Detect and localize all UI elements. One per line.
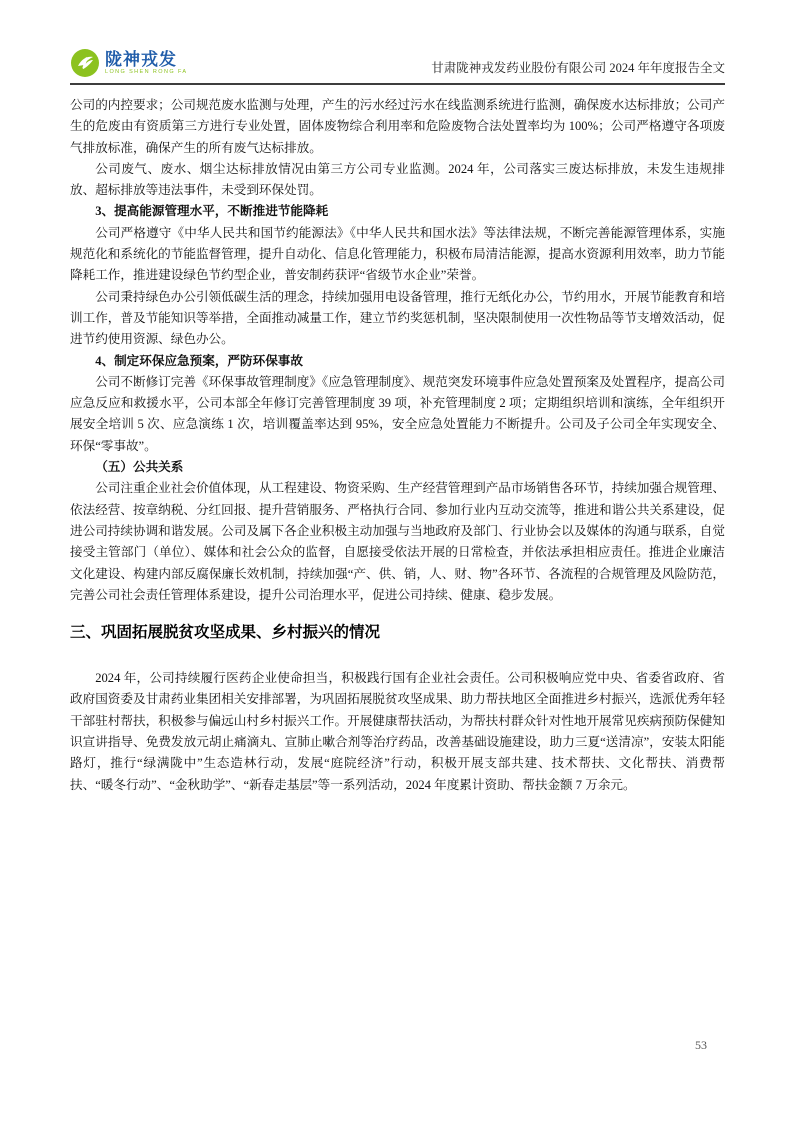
paragraph: 公司注重企业社会价值体现，从工程建设、物资采购、生产经营管理到产品市场销售各环节… [70, 478, 725, 606]
paragraph: 公司秉持绿色办公引领低碳生活的理念，持续加强用电设备管理，推行无纸化办公，节约用… [70, 287, 725, 351]
paragraph: 2024 年，公司持续履行医药企业使命担当，积极践行国有企业社会责任。公司积极响… [70, 668, 725, 796]
logo-circle-icon [70, 48, 100, 78]
page-number: 53 [695, 1038, 707, 1053]
sub-heading-emergency-plan: 4、制定环保应急预案，严防环保事故 [70, 351, 725, 372]
paragraph: 公司严格遵守《中华人民共和国节约能源法》《中华人民共和国水法》等法律法规，不断完… [70, 223, 725, 287]
company-logo: 陇神戎发 LONG SHEN RONG FA [70, 48, 187, 78]
page-header: 陇神戎发 LONG SHEN RONG FA 甘肃陇神戎发药业股份有限公司 20… [70, 48, 725, 85]
paragraph: 公司废气、废水、烟尘达标排放情况由第三方公司专业监测。2024 年，公司落实三废… [70, 159, 725, 202]
logo-brand-cn: 陇神戎发 [105, 51, 187, 68]
document-title: 甘肃陇神戎发药业股份有限公司 2024 年年度报告全文 [431, 58, 725, 78]
logo-brand-en: LONG SHEN RONG FA [105, 70, 187, 76]
paragraph: 公司的内控要求；公司规范废水监测与处理，产生的污水经过污水在线监测系统进行监测，… [70, 95, 725, 159]
document-body: 公司的内控要求；公司规范废水监测与处理，产生的污水经过污水在线监测系统进行监测，… [70, 95, 725, 796]
report-page: { "header": { "logo": { "brand_cn": "陇神戎… [0, 0, 793, 1122]
sub-heading-energy: 3、提高能源管理水平，不断推进节能降耗 [70, 201, 725, 222]
page-content: 陇神戎发 LONG SHEN RONG FA 甘肃陇神戎发药业股份有限公司 20… [70, 48, 725, 796]
sub-heading-public-relations: （五）公共关系 [70, 457, 725, 478]
logo-text: 陇神戎发 LONG SHEN RONG FA [105, 51, 187, 76]
paragraph: 公司不断修订完善《环保事故管理制度》《应急管理制度》、规范突发环境事件应急处置预… [70, 372, 725, 457]
section-heading-rural-revitalization: 三、巩固拓展脱贫攻坚成果、乡村振兴的情况 [70, 621, 725, 645]
